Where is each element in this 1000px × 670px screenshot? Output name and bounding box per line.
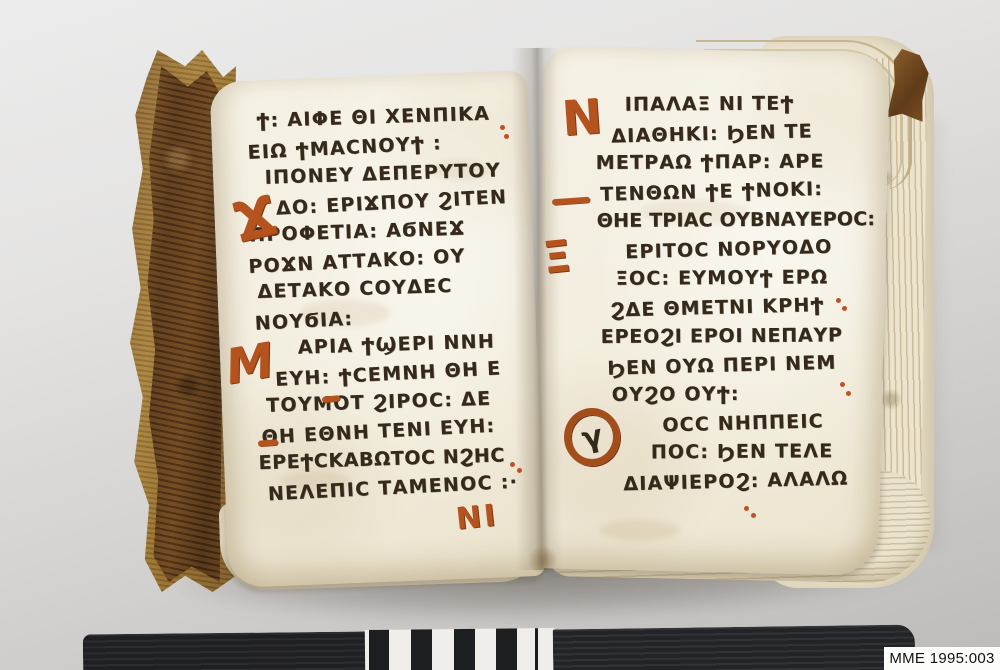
scale-bar-cm-stripes <box>365 628 555 670</box>
page-stain <box>600 520 680 540</box>
rubric-dot <box>500 125 505 130</box>
manuscript-line: ΤΕΝΘΩΝ ϮΕ ϮΝΟΚΙ: <box>600 173 889 210</box>
rubric-dot <box>504 134 509 139</box>
right-page-text: ΙΠΑΛΑΞ ΝΙ ΤΕϮ ΔΙΑΘΗΚΙ: ϦΕΝ ΤΕ ΜΕΤΡΑΩ ϮΠΑ… <box>594 87 893 498</box>
gutter-foot-shadow <box>528 545 558 575</box>
manuscript-line: ΔΙΑΨΙΕΡΟϨ: ΑΛΑΛΩ <box>623 463 894 499</box>
rubric-dot <box>840 382 845 387</box>
manuscript-line: ΙΠΑΛΑΞ ΝΙ ΤΕϮ <box>625 89 887 120</box>
catchword: ΝΙ <box>454 498 500 537</box>
rubric-initial: Ν <box>560 89 604 148</box>
manuscript-line: ΠΟC: ϦΕΝ ΤΕΛΕ <box>651 437 893 468</box>
manuscript-line: ΞΟC: ΕΥΜΟΥϮ ΕΡΩ <box>616 263 890 294</box>
museum-photograph: Ϯ: ΑΙΦΕ ΘΙ ΧΕΝΠΙΚΑ ΕΙΩ ϮΜΑCΝΟΥϮ : ΙΠΟΝΕΥ… <box>0 0 1000 670</box>
rubric-dot <box>517 468 522 473</box>
manuscript-line: ΔΙΑΘΗΚΙ: ϦΕΝ ΤΕ <box>611 115 888 151</box>
manuscript-line: ϨΔΕ ΘΜΕΤΝΙ ΚΡΗϮ <box>610 289 891 325</box>
manuscript-line: ϦΕΝ ΟΥΩ ΠΕΡΙ ΝΕΜ <box>607 347 892 383</box>
rubric-dot <box>751 513 756 518</box>
manuscript-line: ΘΗΕ ΤΡΙΑC ΟΥΒΝΑΥΕΡΟC: <box>597 205 889 236</box>
inventory-number-label: MME 1995:003 <box>884 647 1000 670</box>
rubric-dot <box>510 462 515 467</box>
rubric-dot <box>744 506 749 511</box>
rubric-dot <box>846 391 851 396</box>
manuscript-line: ΕΡΙΤΟC ΝΟΡΥΟΔΟ <box>625 231 890 267</box>
left-page-text: Ϯ: ΑΙΦΕ ΘΙ ΧΕΝΠΙΚΑ ΕΙΩ ϮΜΑCΝΟΥϮ : ΙΠΟΝΕΥ… <box>242 97 534 507</box>
scale-bar-black-segment-1 <box>83 632 367 670</box>
ring-inner-glyph: γ <box>578 418 605 456</box>
rubric-dot <box>842 306 847 311</box>
rubric-initial: Μ <box>222 332 279 395</box>
scale-bar-black-segment-2 <box>553 624 916 670</box>
rubric-ring-initial: γ <box>564 408 620 466</box>
manuscript-line: ΟCC ΝΗΠΠΕΙC <box>662 405 893 440</box>
leather-spine <box>146 66 222 582</box>
rubric-dot <box>836 298 841 303</box>
rubric-initial: Ξ <box>540 231 573 285</box>
